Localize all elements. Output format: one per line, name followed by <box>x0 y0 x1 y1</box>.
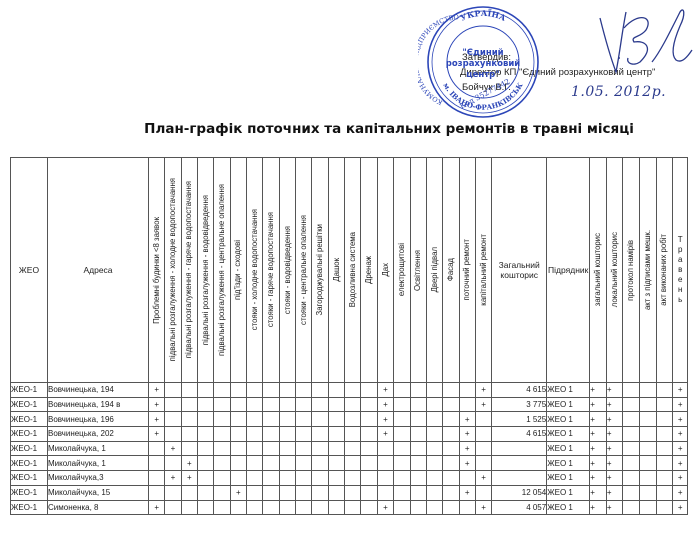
cell-work-20: + <box>459 427 475 442</box>
cell-work-17 <box>410 471 426 486</box>
cell-work-11 <box>312 427 328 442</box>
cell-doc-1: + <box>590 456 607 471</box>
cell-work-21 <box>475 412 491 427</box>
table-row: ЖЕО-1Миколайчука, 1++ЖЕО 1+++ <box>11 441 688 456</box>
cell-work-16 <box>394 397 410 412</box>
cell-zheo: ЖЕО-1 <box>11 383 48 398</box>
cell-total-estimate: 1 525 <box>492 412 547 427</box>
cell-doc-4 <box>640 397 657 412</box>
header-label: Проблемні будинки <8 заявок <box>153 217 161 324</box>
header-label: акт з підписами мешк. <box>644 230 652 310</box>
header-wrap: Двері підвал <box>427 158 442 382</box>
cell-doc-2: + <box>606 412 623 427</box>
header-wrap: Дах <box>378 158 393 382</box>
cell-address: Вовчинецька, 202 <box>48 427 149 442</box>
cell-work-8 <box>263 383 279 398</box>
cell-work-14 <box>361 412 377 427</box>
header-label: акт виконаних робіт <box>660 234 668 306</box>
header-work-4: підвальні розгалуження - водовідведення <box>198 158 214 383</box>
cell-month: + <box>673 412 688 427</box>
cell-work-21: + <box>475 397 491 412</box>
cell-work-4 <box>198 485 214 500</box>
cell-work-14 <box>361 441 377 456</box>
cell-contractor: ЖЕО 1 <box>547 412 590 427</box>
cell-work-18 <box>426 441 442 456</box>
cell-work-3 <box>181 485 197 500</box>
cell-work-12 <box>328 427 344 442</box>
cell-work-21 <box>475 456 491 471</box>
cell-work-3 <box>181 441 197 456</box>
cell-doc-2: + <box>606 397 623 412</box>
cell-total-estimate: 4 615 <box>492 427 547 442</box>
cell-work-8 <box>263 412 279 427</box>
header-work-13: Водозливна система <box>345 158 361 383</box>
cell-contractor: ЖЕО 1 <box>547 383 590 398</box>
header-wrap: акт з підписами мешк. <box>640 158 656 382</box>
cell-work-18 <box>426 471 442 486</box>
header-work-18: Двері підвал <box>426 158 442 383</box>
header-work-19: Фасад <box>443 158 459 383</box>
cell-work-1: + <box>149 397 165 412</box>
header-wrap: стояки - гаряче водопостачання <box>263 158 278 382</box>
cell-work-20 <box>459 500 475 515</box>
cell-work-10 <box>296 471 312 486</box>
cell-contractor: ЖЕО 1 <box>547 485 590 500</box>
cell-contractor: ЖЕО 1 <box>547 471 590 486</box>
cell-work-12 <box>328 471 344 486</box>
cell-work-14 <box>361 456 377 471</box>
cell-work-10 <box>296 383 312 398</box>
cell-work-18 <box>426 456 442 471</box>
cell-work-16 <box>394 441 410 456</box>
cell-address: Миколайчука, 1 <box>48 456 149 471</box>
table-header-row: ЖЕОАдресаПроблемні будинки <8 заявокпідв… <box>11 158 688 383</box>
cell-work-3 <box>181 427 197 442</box>
cell-work-2 <box>165 397 181 412</box>
cell-work-6 <box>230 441 246 456</box>
table-row: ЖЕО-1Вовчинецька, 196+++1 525ЖЕО 1+++ <box>11 412 688 427</box>
cell-month: + <box>673 471 688 486</box>
header-label: загальний кошторис <box>594 233 602 306</box>
cell-work-1 <box>149 441 165 456</box>
cell-work-3: + <box>181 471 197 486</box>
cell-work-4 <box>198 471 214 486</box>
cell-doc-2: + <box>606 441 623 456</box>
cell-work-21 <box>475 427 491 442</box>
cell-work-13 <box>345 500 361 515</box>
header-wrap: поточний ремонт <box>460 158 475 382</box>
cell-doc-4 <box>640 412 657 427</box>
header-contractor: Підрядник <box>547 158 590 383</box>
header-work-20: поточний ремонт <box>459 158 475 383</box>
cell-work-3 <box>181 397 197 412</box>
cell-work-9 <box>279 471 295 486</box>
header-wrap: загальний кошторис <box>590 158 606 382</box>
cell-work-5 <box>214 441 230 456</box>
cell-work-16 <box>394 471 410 486</box>
cell-work-20 <box>459 383 475 398</box>
cell-work-15: + <box>377 383 393 398</box>
header-wrap: локальний кошторис <box>607 158 623 382</box>
cell-doc-3 <box>623 427 640 442</box>
cell-work-15: + <box>377 397 393 412</box>
cell-work-21: + <box>475 500 491 515</box>
cell-work-2 <box>165 412 181 427</box>
cell-work-15: + <box>377 500 393 515</box>
cell-contractor: ЖЕО 1 <box>547 456 590 471</box>
cell-work-2 <box>165 500 181 515</box>
cell-total-estimate <box>492 456 547 471</box>
header-label: Загороджувальні решітки <box>316 224 324 316</box>
cell-work-17 <box>410 456 426 471</box>
header-label: Водозливна система <box>349 232 357 307</box>
cell-work-16 <box>394 412 410 427</box>
cell-work-12 <box>328 383 344 398</box>
cell-work-5 <box>214 412 230 427</box>
cell-doc-1: + <box>590 427 607 442</box>
header-label: під'їзди - сходові <box>234 240 242 300</box>
cell-work-16 <box>394 383 410 398</box>
cell-work-8 <box>263 471 279 486</box>
cell-doc-3 <box>623 383 640 398</box>
cell-work-4 <box>198 441 214 456</box>
cell-work-13 <box>345 397 361 412</box>
header-work-9: стояки - водовідведення <box>279 158 295 383</box>
cell-work-16 <box>394 500 410 515</box>
cell-work-5 <box>214 397 230 412</box>
cell-work-7 <box>247 397 263 412</box>
cell-zheo: ЖЕО-1 <box>11 441 48 456</box>
header-wrap: капітальний ремонт <box>476 158 491 382</box>
cell-work-8 <box>263 397 279 412</box>
cell-work-20 <box>459 397 475 412</box>
header-month-letters: Травень <box>673 158 687 382</box>
cell-work-12 <box>328 397 344 412</box>
cell-work-10 <box>296 397 312 412</box>
cell-doc-4 <box>640 471 657 486</box>
header-wrap: стояки - водовідведення <box>280 158 295 382</box>
header-wrap: під'їзди - сходові <box>231 158 246 382</box>
cell-work-4 <box>198 427 214 442</box>
cell-work-21 <box>475 441 491 456</box>
header-label: стояки - центральне опалення <box>300 215 308 325</box>
cell-work-18 <box>426 412 442 427</box>
cell-work-18 <box>426 383 442 398</box>
cell-doc-4 <box>640 441 657 456</box>
header-wrap: Фасад <box>443 158 458 382</box>
cell-work-1: + <box>149 412 165 427</box>
header-wrap: Дренаж <box>361 158 376 382</box>
cell-contractor: ЖЕО 1 <box>547 397 590 412</box>
cell-work-13 <box>345 456 361 471</box>
header-month: Травень <box>673 158 688 383</box>
header-work-17: Освітлення <box>410 158 426 383</box>
cell-work-7 <box>247 456 263 471</box>
svg-text:УКРАЇНА: УКРАЇНА <box>459 8 508 23</box>
cell-work-7 <box>247 500 263 515</box>
cell-month: + <box>673 500 688 515</box>
header-label: локальний кошторис <box>611 232 619 307</box>
cell-doc-5 <box>656 456 673 471</box>
header-work-15: Дах <box>377 158 393 383</box>
cell-work-10 <box>296 485 312 500</box>
cell-work-15 <box>377 471 393 486</box>
header-wrap: стояки - центральне опалення <box>296 158 311 382</box>
cell-doc-2: + <box>606 427 623 442</box>
header-doc-3: протокол намірів <box>623 158 640 383</box>
header-label: Освітлення <box>414 250 422 291</box>
header-work-16: електрощитові <box>394 158 410 383</box>
cell-work-18 <box>426 485 442 500</box>
cell-work-5 <box>214 383 230 398</box>
cell-work-19 <box>443 412 459 427</box>
cell-work-2: + <box>165 441 181 456</box>
header-doc-2: локальний кошторис <box>606 158 623 383</box>
cell-work-7 <box>247 383 263 398</box>
cell-work-12 <box>328 485 344 500</box>
table-row: ЖЕО-1Миколайчука, 1++ЖЕО 1+++ <box>11 456 688 471</box>
header-work-1: Проблемні будинки <8 заявок <box>149 158 165 383</box>
table-row: ЖЕО-1Миколайчука,3+++ЖЕО 1+++ <box>11 471 688 486</box>
header-wrap: Освітлення <box>411 158 426 382</box>
cell-work-17 <box>410 441 426 456</box>
table-row: ЖЕО-1Вовчинецька, 194+++4 615ЖЕО 1+++ <box>11 383 688 398</box>
cell-contractor: ЖЕО 1 <box>547 500 590 515</box>
cell-work-6 <box>230 500 246 515</box>
cell-work-7 <box>247 427 263 442</box>
cell-work-9 <box>279 500 295 515</box>
page-title-text: План-графік поточних та капітальних ремо… <box>144 121 634 137</box>
header-doc-4: акт з підписами мешк. <box>640 158 657 383</box>
cell-work-17 <box>410 412 426 427</box>
header-label: стояки - гаряче водопостачання <box>267 212 275 327</box>
header-label: підвальні розгалуження - холодне водопос… <box>169 178 177 361</box>
cell-work-13 <box>345 471 361 486</box>
header-label: стояки - холодне водопостачання <box>251 209 259 330</box>
cell-work-9 <box>279 485 295 500</box>
cell-doc-5 <box>656 471 673 486</box>
cell-zheo: ЖЕО-1 <box>11 427 48 442</box>
header-work-7: стояки - холодне водопостачання <box>247 158 263 383</box>
cell-work-13 <box>345 427 361 442</box>
cell-work-9 <box>279 412 295 427</box>
cell-work-11 <box>312 383 328 398</box>
cell-doc-4 <box>640 427 657 442</box>
cell-work-19 <box>443 427 459 442</box>
cell-work-9 <box>279 397 295 412</box>
cell-work-18 <box>426 427 442 442</box>
stamp-country: УКРАЇНА <box>459 8 508 23</box>
cell-month: + <box>673 383 688 398</box>
header-work-8: стояки - гаряче водопостачання <box>263 158 279 383</box>
cell-work-15 <box>377 456 393 471</box>
cell-work-11 <box>312 397 328 412</box>
header-label: підвальні розгалуження - гаряче водопост… <box>185 181 193 358</box>
header-label: Дашок <box>333 258 341 282</box>
cell-month: + <box>673 397 688 412</box>
cell-address: Миколайчука, 1 <box>48 441 149 456</box>
cell-work-3: + <box>181 456 197 471</box>
cell-work-13 <box>345 383 361 398</box>
cell-work-16 <box>394 485 410 500</box>
cell-work-5 <box>214 471 230 486</box>
cell-zheo: ЖЕО-1 <box>11 397 48 412</box>
cell-work-3 <box>181 383 197 398</box>
cell-address: Миколайчука,3 <box>48 471 149 486</box>
cell-work-12 <box>328 500 344 515</box>
cell-doc-5 <box>656 500 673 515</box>
cell-work-20: + <box>459 441 475 456</box>
cell-doc-1: + <box>590 412 607 427</box>
cell-work-4 <box>198 412 214 427</box>
cell-doc-3 <box>623 485 640 500</box>
header-label: поточний ремонт <box>463 239 471 301</box>
cell-doc-1: + <box>590 471 607 486</box>
page-title: План-графік поточних та капітальних ремо… <box>0 121 700 137</box>
cell-work-1 <box>149 456 165 471</box>
cell-work-20: + <box>459 485 475 500</box>
cell-work-20 <box>459 471 475 486</box>
header-wrap: Проблемні будинки <8 заявок <box>149 158 164 382</box>
header-label: стояки - водовідведення <box>284 226 292 314</box>
cell-work-12 <box>328 456 344 471</box>
cell-address: Миколайчука, 15 <box>48 485 149 500</box>
cell-work-17 <box>410 500 426 515</box>
cell-total-estimate: 4 057 <box>492 500 547 515</box>
header-wrap: електрощитові <box>394 158 409 382</box>
cell-work-19 <box>443 397 459 412</box>
header-label: підвальні розгалуження - центральне опал… <box>218 184 226 356</box>
cell-work-19 <box>443 456 459 471</box>
cell-doc-5 <box>656 485 673 500</box>
cell-work-19 <box>443 500 459 515</box>
repair-schedule-table: ЖЕОАдресаПроблемні будинки <8 заявокпідв… <box>10 157 688 515</box>
cell-work-5 <box>214 500 230 515</box>
cell-work-5 <box>214 427 230 442</box>
cell-work-14 <box>361 427 377 442</box>
header-address: Адреса <box>48 158 149 383</box>
header-wrap: підвальні розгалуження - гаряче водопост… <box>182 158 197 382</box>
cell-work-15: + <box>377 427 393 442</box>
cell-address: Вовчинецька, 194 в <box>48 397 149 412</box>
header-label: Фасад <box>447 258 455 281</box>
cell-doc-5 <box>656 427 673 442</box>
header-label: Дренаж <box>365 256 373 284</box>
cell-work-4 <box>198 500 214 515</box>
cell-work-10 <box>296 441 312 456</box>
cell-doc-2: + <box>606 485 623 500</box>
cell-work-1: + <box>149 383 165 398</box>
cell-work-11 <box>312 500 328 515</box>
cell-total-estimate <box>492 441 547 456</box>
header-work-14: Дренаж <box>361 158 377 383</box>
cell-total-estimate: 3 775 <box>492 397 547 412</box>
cell-address: Вовчинецька, 196 <box>48 412 149 427</box>
cell-work-9 <box>279 456 295 471</box>
cell-work-16 <box>394 427 410 442</box>
table-row: ЖЕО-1Симоненка, 8+++4 057ЖЕО 1+++ <box>11 500 688 515</box>
header-doc-5: акт виконаних робіт <box>656 158 673 383</box>
cell-work-5 <box>214 456 230 471</box>
table-row: ЖЕО-1Вовчинецька, 202+++4 615ЖЕО 1+++ <box>11 427 688 442</box>
cell-work-14 <box>361 471 377 486</box>
cell-work-4 <box>198 397 214 412</box>
cell-zheo: ЖЕО-1 <box>11 412 48 427</box>
cell-work-10 <box>296 412 312 427</box>
cell-work-6: + <box>230 485 246 500</box>
cell-doc-1: + <box>590 500 607 515</box>
cell-work-18 <box>426 397 442 412</box>
cell-work-21: + <box>475 383 491 398</box>
cell-work-9 <box>279 427 295 442</box>
cell-work-19 <box>443 471 459 486</box>
cell-zheo: ЖЕО-1 <box>11 500 48 515</box>
header-wrap: підвальні розгалуження - холодне водопос… <box>165 158 180 382</box>
header-work-11: Загороджувальні решітки <box>312 158 328 383</box>
header-doc-1: загальний кошторис <box>590 158 607 383</box>
header-label: Дах <box>382 263 390 277</box>
cell-work-8 <box>263 485 279 500</box>
cell-month: + <box>673 456 688 471</box>
header-work-2: підвальні розгалуження - холодне водопос… <box>165 158 181 383</box>
cell-work-2 <box>165 485 181 500</box>
stamp-org-type: КОМУНАЛЬНЕ ПІДПРИЄМСТВО <box>418 13 459 106</box>
cell-work-10 <box>296 456 312 471</box>
cell-doc-2: + <box>606 500 623 515</box>
cell-work-11 <box>312 412 328 427</box>
cell-work-8 <box>263 500 279 515</box>
cell-work-17 <box>410 383 426 398</box>
cell-work-21 <box>475 485 491 500</box>
cell-work-11 <box>312 456 328 471</box>
cell-work-21: + <box>475 471 491 486</box>
cell-work-17 <box>410 427 426 442</box>
cell-doc-1: + <box>590 397 607 412</box>
cell-doc-3 <box>623 456 640 471</box>
cell-doc-4 <box>640 456 657 471</box>
cell-work-2 <box>165 383 181 398</box>
cell-address: Симоненка, 8 <box>48 500 149 515</box>
cell-work-6 <box>230 412 246 427</box>
cell-work-8 <box>263 456 279 471</box>
cell-work-10 <box>296 427 312 442</box>
cell-doc-5 <box>656 441 673 456</box>
cell-total-estimate <box>492 471 547 486</box>
header-work-6: під'їзди - сходові <box>230 158 246 383</box>
cell-doc-1: + <box>590 485 607 500</box>
header-work-10: стояки - центральне опалення <box>296 158 312 383</box>
cell-work-14 <box>361 485 377 500</box>
table-row: ЖЕО-1Вовчинецька, 194 в+++3 775ЖЕО 1+++ <box>11 397 688 412</box>
cell-work-19 <box>443 383 459 398</box>
cell-doc-4 <box>640 500 657 515</box>
cell-work-9 <box>279 383 295 398</box>
cell-doc-4 <box>640 383 657 398</box>
cell-work-20: + <box>459 412 475 427</box>
header-wrap: Дашок <box>329 158 344 382</box>
cell-work-20: + <box>459 456 475 471</box>
cell-work-7 <box>247 471 263 486</box>
cell-month: + <box>673 485 688 500</box>
cell-work-14 <box>361 500 377 515</box>
cell-doc-5 <box>656 397 673 412</box>
header-work-5: підвальні розгалуження - центральне опал… <box>214 158 230 383</box>
cell-work-11 <box>312 485 328 500</box>
cell-work-2 <box>165 456 181 471</box>
cell-work-6 <box>230 397 246 412</box>
header-wrap: протокол намірів <box>623 158 639 382</box>
header-label: протокол намірів <box>627 240 635 301</box>
